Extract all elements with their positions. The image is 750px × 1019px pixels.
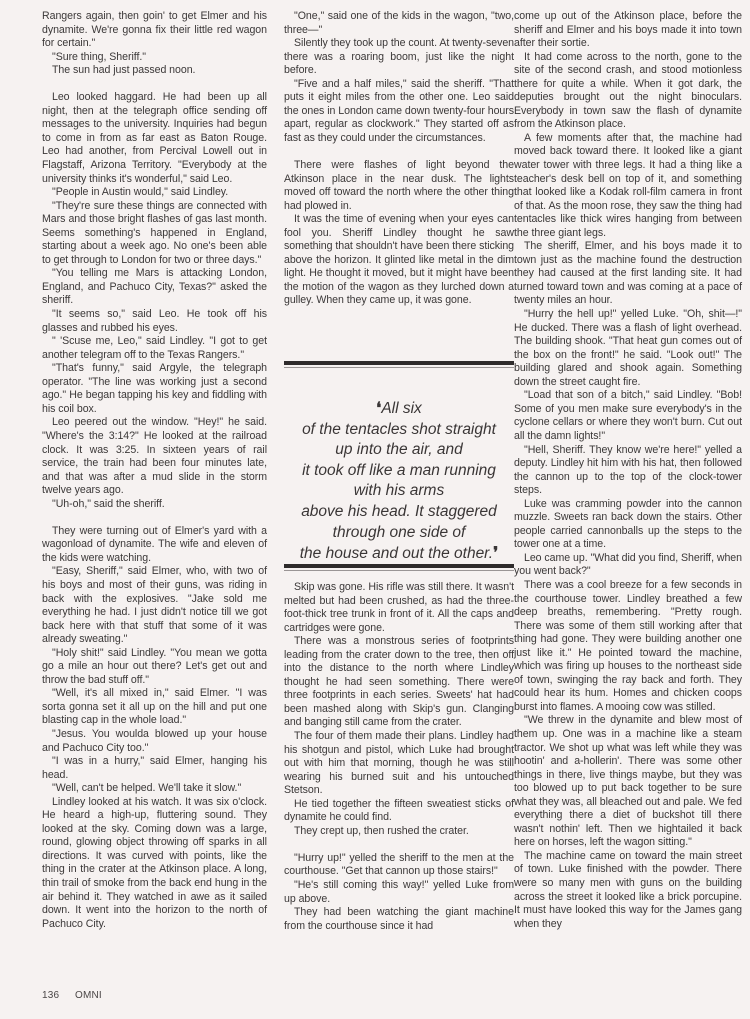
article-paragraph: come up out of the Atkinson place, befor…	[514, 10, 742, 51]
article-paragraph: "They're sure these things are connected…	[42, 200, 267, 268]
article-paragraph: They had been watching the giant machine…	[284, 906, 514, 933]
article-paragraph: They crept up, then rushed the crater.	[284, 825, 514, 839]
article-paragraph: The four of them made their plans. Lindl…	[284, 730, 514, 798]
article-paragraph: Skip was gone. His rifle was still there…	[284, 581, 514, 635]
article-paragraph: Lindley looked at his watch. It was six …	[42, 796, 267, 931]
article-paragraph: The machine came on toward the main stre…	[514, 850, 742, 931]
article-paragraph: "Sure thing, Sheriff."	[42, 51, 267, 65]
page-folio: 136 OMNI	[42, 990, 102, 1001]
article-paragraph: He tied together the fifteen sweatiest s…	[284, 798, 514, 825]
article-paragraph: The sheriff, Elmer, and his boys made it…	[514, 240, 742, 308]
article-paragraph: "Five and a half miles," said the sherif…	[284, 78, 514, 146]
article-paragraph: Rangers again, then goin' to get Elmer a…	[42, 10, 267, 51]
article-paragraph: "Jesus. You woulda blowed up your house …	[42, 728, 267, 755]
pull-quote: ❛All six of the tentacles shot straight …	[284, 398, 514, 565]
article-paragraph: "He's still coming this way!" yelled Luk…	[284, 879, 514, 906]
article-paragraph: "That's funny," said Argyle, the telegra…	[42, 362, 267, 416]
article-paragraph: "Well, it's all mixed in," said Elmer. "…	[42, 687, 267, 728]
article-column-2-bottom: Skip was gone. His rifle was still there…	[284, 581, 514, 933]
article-column-1: Rangers again, then goin' to get Elmer a…	[42, 10, 267, 931]
article-paragraph: There was a monstrous series of footprin…	[284, 635, 514, 730]
article-paragraph: Leo came up. "What did you find, Sheriff…	[514, 552, 742, 579]
article-paragraph: There were flashes of light beyond the A…	[284, 159, 514, 213]
article-paragraph: "Well, can't be helped. We'll take it sl…	[42, 782, 267, 796]
page-number: 136	[42, 990, 72, 1001]
article-paragraph: "I was in a hurry," said Elmer, hanging …	[42, 755, 267, 782]
article-paragraph: There was a cool breeze for a few second…	[514, 579, 742, 714]
article-paragraph: It was the time of evening when your eye…	[284, 213, 514, 308]
magazine-name: OMNI	[75, 990, 102, 1001]
pull-quote-rule-top	[284, 361, 514, 365]
article-paragraph: Silently they took up the count. At twen…	[284, 37, 514, 78]
pull-quote-line: ❛All six	[284, 398, 514, 420]
article-paragraph: "Uh-oh," said the sheriff.	[42, 498, 267, 512]
article-column-2-top: "One," said one of the kids in the wagon…	[284, 10, 514, 308]
magazine-page: Rangers again, then goin' to get Elmer a…	[0, 0, 750, 1019]
article-paragraph: A few moments after that, the machine ha…	[514, 132, 742, 240]
article-paragraph: Leo peered out the window. "Hey!" he sai…	[42, 416, 267, 497]
article-paragraph: "Load that son of a bitch," said Lindley…	[514, 389, 742, 443]
article-paragraph: Leo looked haggard. He had been up all n…	[42, 91, 267, 186]
article-paragraph: The sun had just passed noon.	[42, 64, 267, 78]
pull-quote-line: above his head. It staggered	[284, 502, 514, 523]
pull-quote-line: up into the air, and	[284, 440, 514, 461]
article-paragraph: "You telling me Mars is attacking London…	[42, 267, 267, 308]
article-paragraph: " 'Scuse me, Leo," said Lindley. "I got …	[42, 335, 267, 362]
article-paragraph: "Easy, Sheriff," said Elmer, who, with t…	[42, 565, 267, 646]
article-paragraph: "It seems so," said Leo. He took off his…	[42, 308, 267, 335]
article-paragraph: "Hell, Sheriff. They know we're here!" y…	[514, 444, 742, 498]
article-column-3: come up out of the Atkinson place, befor…	[514, 10, 742, 931]
article-paragraph: "Holy shit!" said Lindley. "You mean we …	[42, 647, 267, 688]
article-paragraph: They were turning out of Elmer's yard wi…	[42, 525, 267, 566]
article-paragraph: "Hurry up!" yelled the sheriff to the me…	[284, 852, 514, 879]
article-paragraph: "Hurry the hell up!" yelled Luke. "Oh, s…	[514, 308, 742, 389]
pull-quote-line: with his arms	[284, 481, 514, 502]
article-paragraph: "One," said one of the kids in the wagon…	[284, 10, 514, 37]
pull-quote-line: the house and out the other.❜	[284, 543, 514, 565]
pull-quote-line: it took off like a man running	[284, 461, 514, 482]
article-paragraph: "We threw in the dynamite and blew most …	[514, 714, 742, 849]
article-paragraph: "People in Austin would," said Lindley.	[42, 186, 267, 200]
pull-quote-line: of the tentacles shot straight	[284, 420, 514, 441]
close-quote-icon: ❜	[493, 543, 498, 562]
article-paragraph: Luke was cramming powder into the cannon…	[514, 498, 742, 552]
pull-quote-rule-bottom	[284, 564, 514, 568]
pull-quote-line: through one side of	[284, 523, 514, 544]
article-paragraph: It had come across to the north, gone to…	[514, 51, 742, 132]
